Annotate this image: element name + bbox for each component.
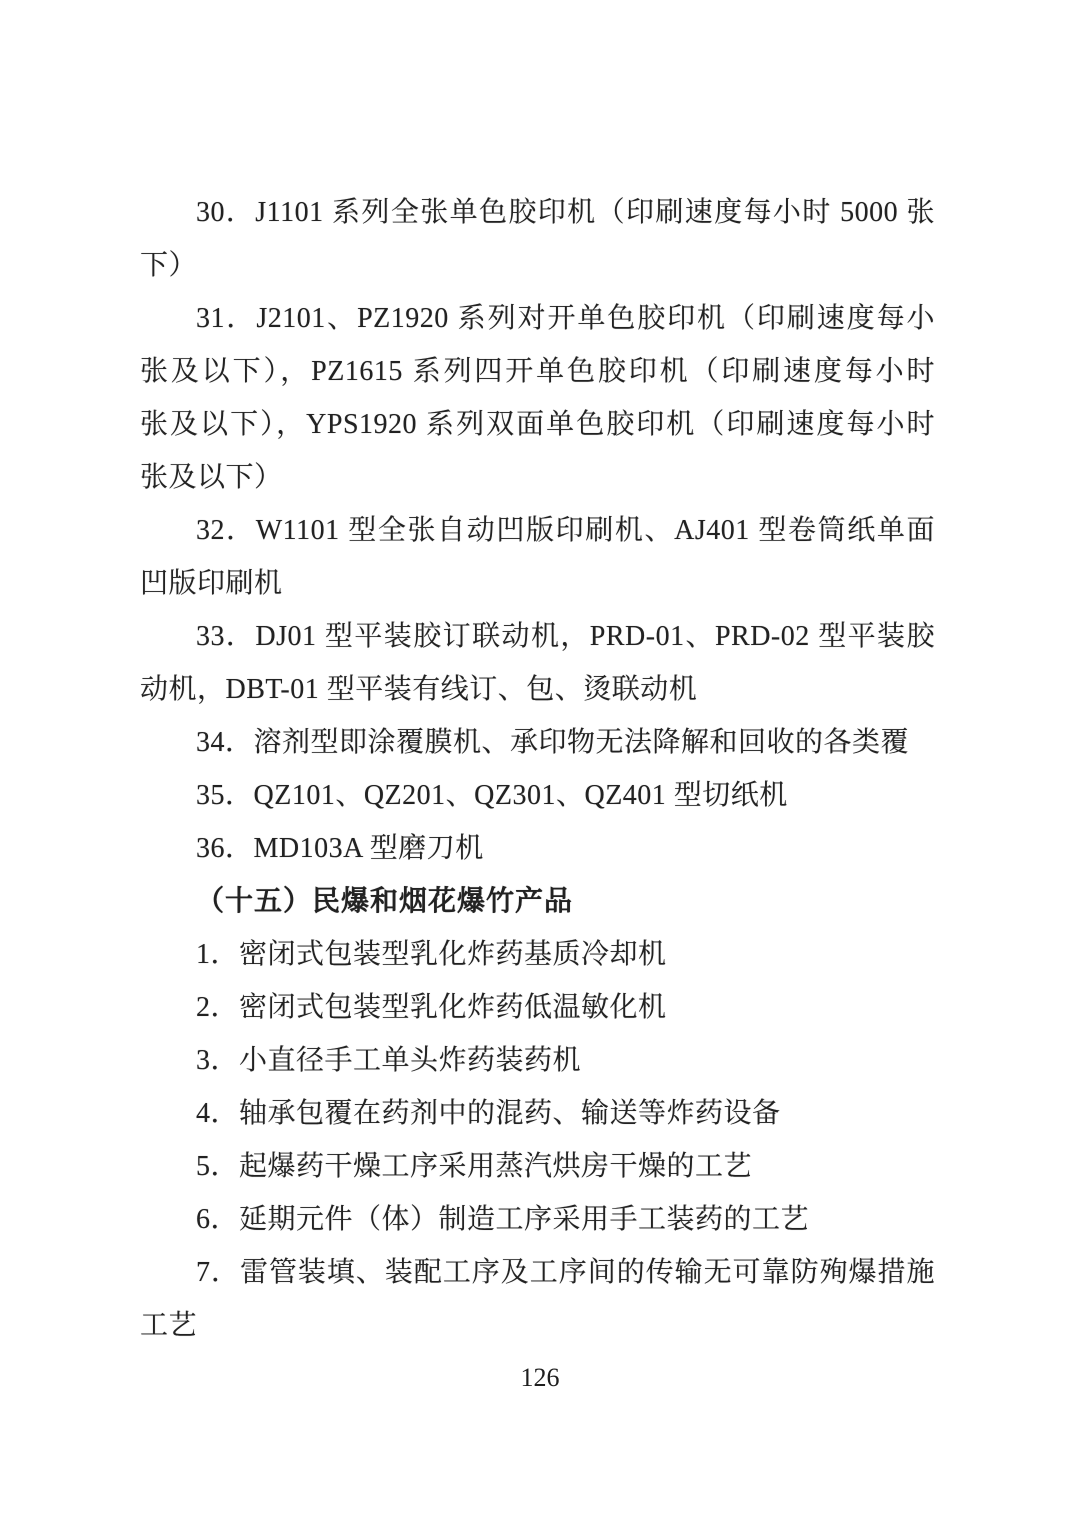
text-line: 6．延期元件（体）制造工序采用手工装药的工艺 bbox=[140, 1193, 935, 1246]
text-line: 31．J2101、PZ1920 系列对开单色胶印机（印刷速度每小时 4000 bbox=[140, 292, 935, 345]
text-line: 凹版印刷机 bbox=[140, 557, 935, 610]
heading-line: （十五）民爆和烟花爆竹产品 bbox=[140, 875, 935, 928]
text-line: 张及以下） bbox=[140, 451, 935, 504]
list-item: 2．密闭式包装型乳化炸药低温敏化机 bbox=[140, 981, 935, 1034]
list-item: 34．溶剂型即涂覆膜机、承印物无法降解和回收的各类覆膜机 bbox=[140, 716, 935, 769]
list-item: 4．轴承包覆在药剂中的混药、输送等炸药设备 bbox=[140, 1087, 935, 1140]
list-item: 36．MD103A 型磨刀机 bbox=[140, 822, 935, 875]
list-item: 6．延期元件（体）制造工序采用手工装药的工艺 bbox=[140, 1193, 935, 1246]
list-item: 1．密闭式包装型乳化炸药基质冷却机 bbox=[140, 928, 935, 981]
text-line: 30．J1101 系列全张单色胶印机（印刷速度每小时 5000 张及以 bbox=[140, 186, 935, 239]
text-line: 下） bbox=[140, 239, 935, 292]
list-item: 33．DJ01 型平装胶订联动机，PRD-01、PRD-02 型平装胶订联动机，… bbox=[140, 610, 935, 716]
text-line: 7．雷管装填、装配工序及工序间的传输无可靠防殉爆措施的 bbox=[140, 1246, 935, 1299]
text-line: 33．DJ01 型平装胶订联动机，PRD-01、PRD-02 型平装胶订联 bbox=[140, 610, 935, 663]
text-line: 36．MD103A 型磨刀机 bbox=[140, 822, 935, 875]
page-number: 126 bbox=[0, 1358, 1080, 1398]
list-item: 31．J2101、PZ1920 系列对开单色胶印机（印刷速度每小时 4000张及… bbox=[140, 292, 935, 504]
text-line: 35．QZ101、QZ201、QZ301、QZ401 型切纸机 bbox=[140, 769, 935, 822]
document-page: 30．J1101 系列全张单色胶印机（印刷速度每小时 5000 张及以下）31．… bbox=[0, 0, 1080, 1527]
text-line: 4．轴承包覆在药剂中的混药、输送等炸药设备 bbox=[140, 1087, 935, 1140]
list-item: 5．起爆药干燥工序采用蒸汽烘房干燥的工艺 bbox=[140, 1140, 935, 1193]
text-line: 张及以下），PZ1615 系列四开单色胶印机（印刷速度每小时 4000 bbox=[140, 345, 935, 398]
list-item: 32．W1101 型全张自动凹版印刷机、AJ401 型卷筒纸单面四色凹版印刷机 bbox=[140, 504, 935, 610]
text-line: 2．密闭式包装型乳化炸药低温敏化机 bbox=[140, 981, 935, 1034]
text-line: 张及以下），YPS1920 系列双面单色胶印机（印刷速度每小时 4000 bbox=[140, 398, 935, 451]
text-line: 工艺 bbox=[140, 1299, 935, 1352]
document-body: 30．J1101 系列全张单色胶印机（印刷速度每小时 5000 张及以下）31．… bbox=[140, 186, 935, 1352]
text-line: 34．溶剂型即涂覆膜机、承印物无法降解和回收的各类覆膜机 bbox=[140, 716, 935, 769]
list-item: 7．雷管装填、装配工序及工序间的传输无可靠防殉爆措施的工艺 bbox=[140, 1246, 935, 1352]
text-line: 3．小直径手工单头炸药装药机 bbox=[140, 1034, 935, 1087]
text-line: 32．W1101 型全张自动凹版印刷机、AJ401 型卷筒纸单面四色 bbox=[140, 504, 935, 557]
text-line: 动机，DBT-01 型平装有线订、包、烫联动机 bbox=[140, 663, 935, 716]
list-item: 30．J1101 系列全张单色胶印机（印刷速度每小时 5000 张及以下） bbox=[140, 186, 935, 292]
text-line: 1．密闭式包装型乳化炸药基质冷却机 bbox=[140, 928, 935, 981]
list-item: 3．小直径手工单头炸药装药机 bbox=[140, 1034, 935, 1087]
text-line: 5．起爆药干燥工序采用蒸汽烘房干燥的工艺 bbox=[140, 1140, 935, 1193]
section-heading: （十五）民爆和烟花爆竹产品 bbox=[140, 875, 935, 928]
list-item: 35．QZ101、QZ201、QZ301、QZ401 型切纸机 bbox=[140, 769, 935, 822]
